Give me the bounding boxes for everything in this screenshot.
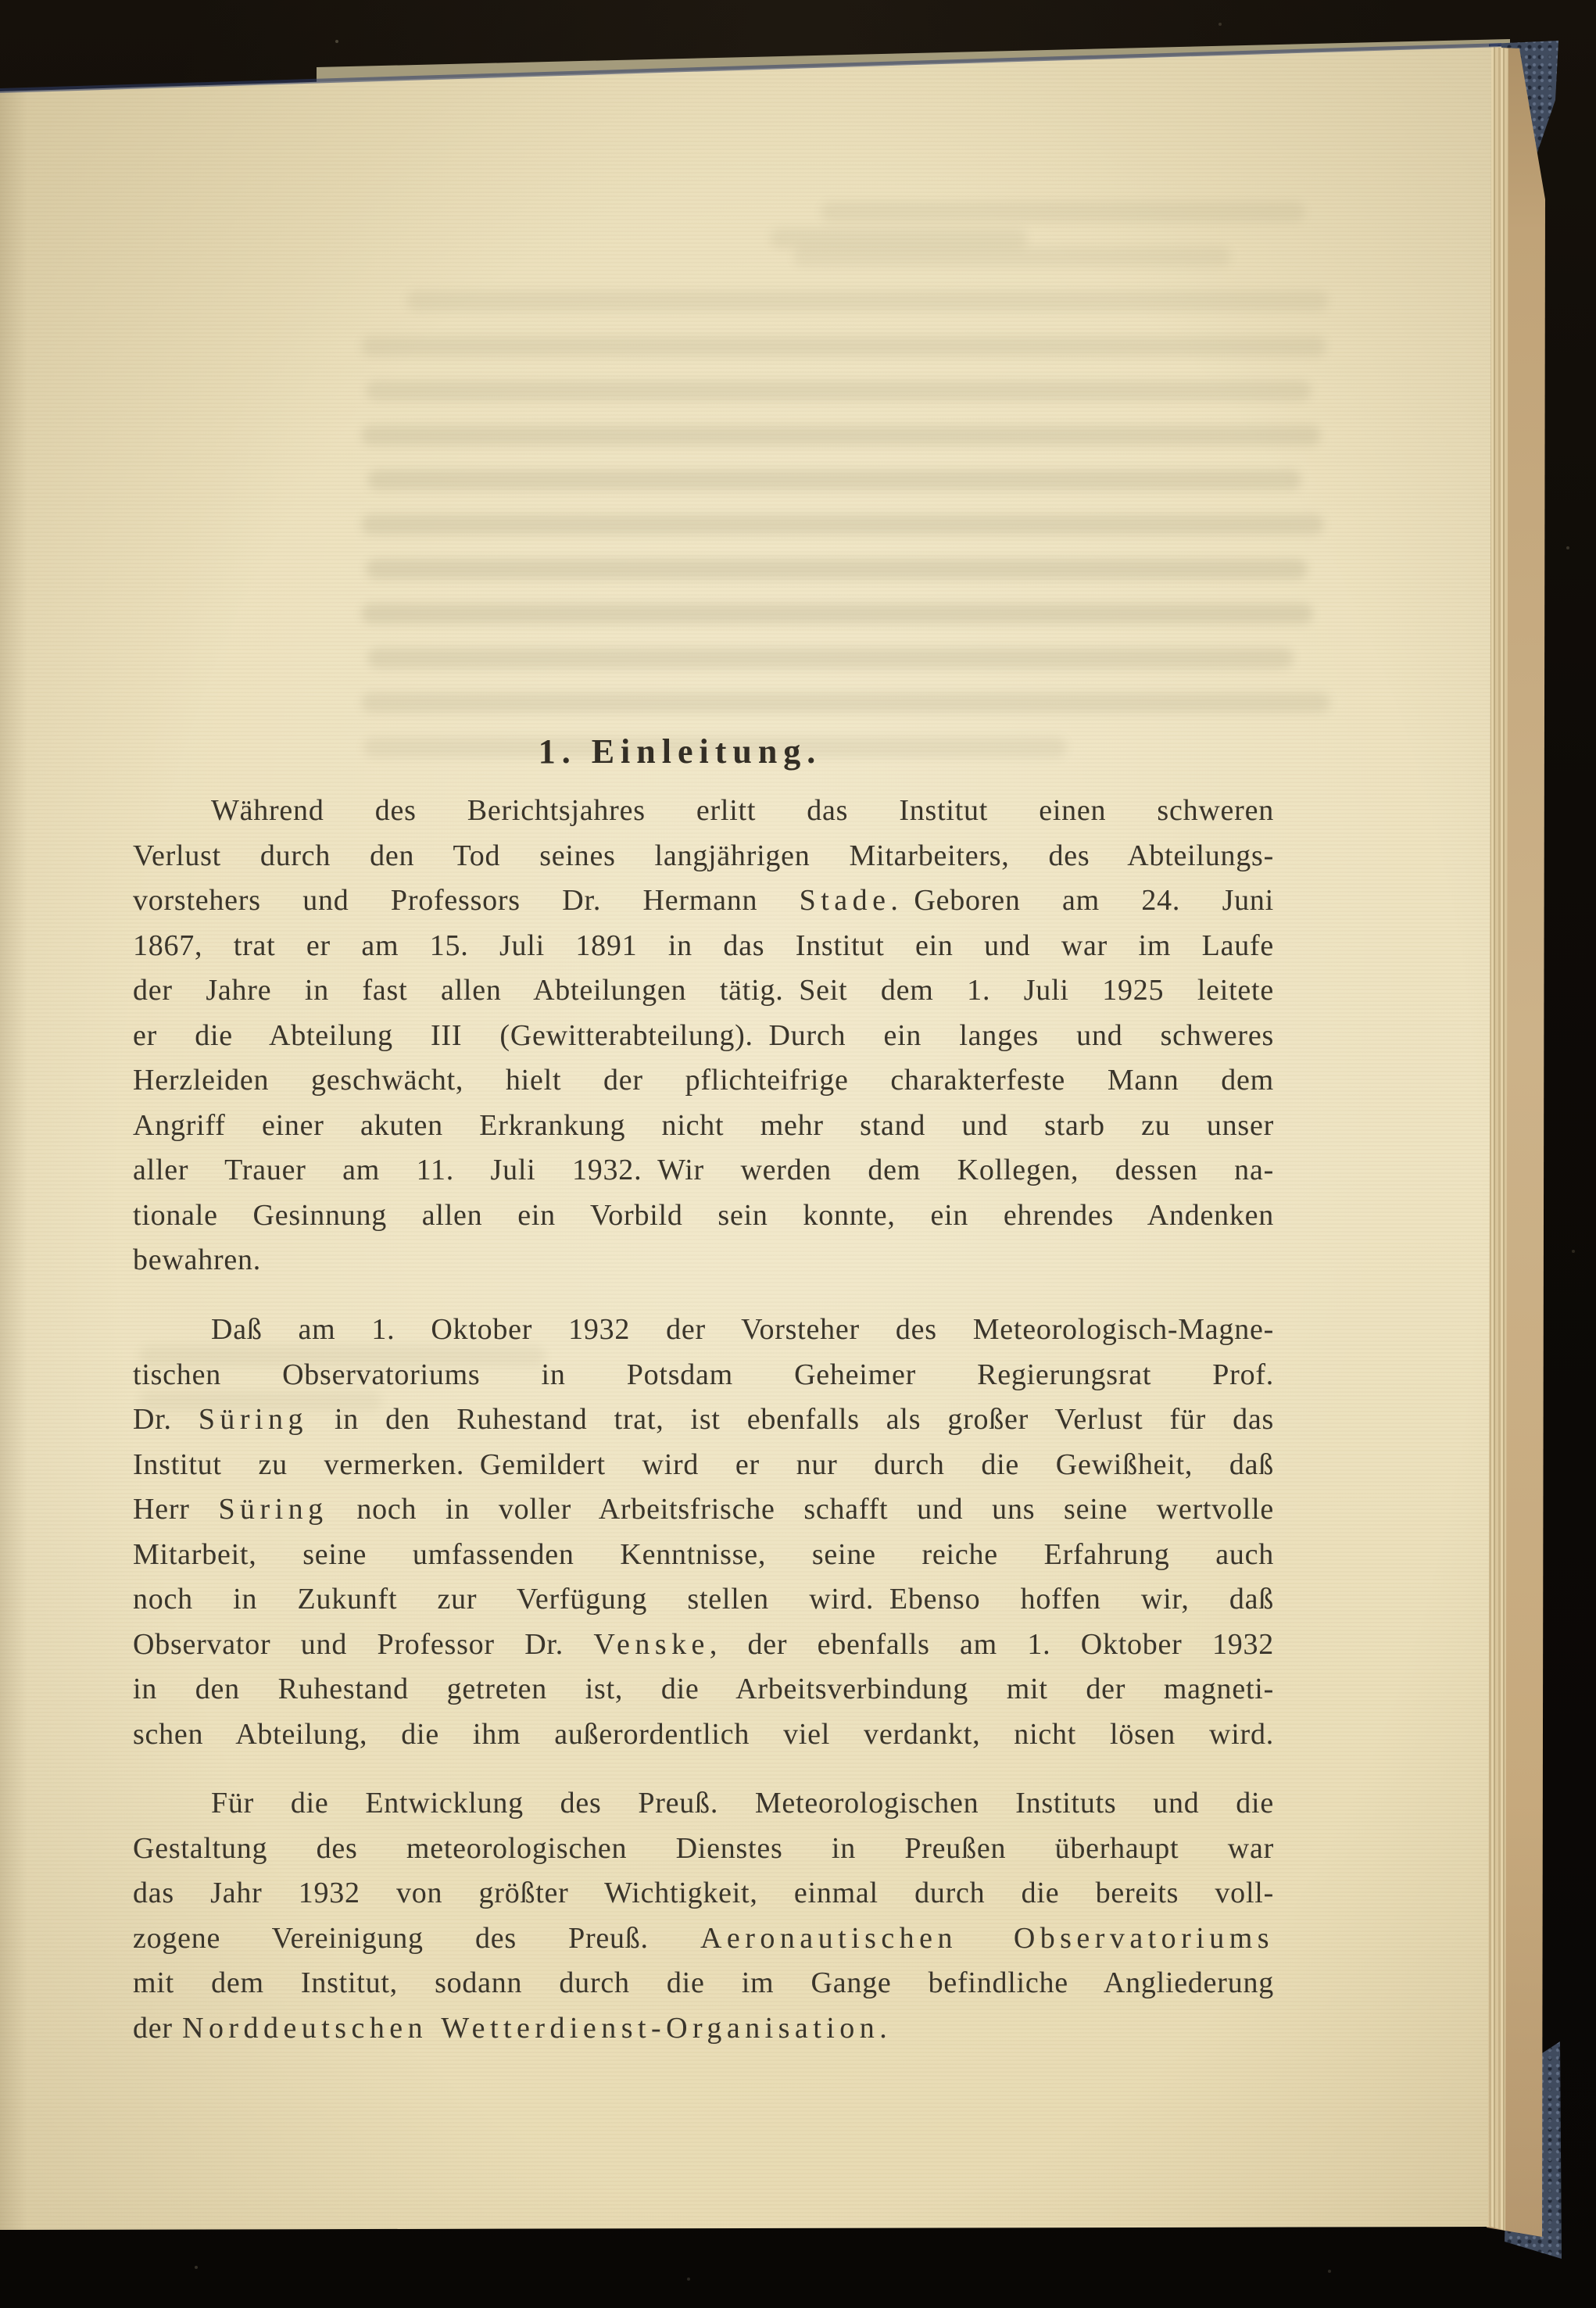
text-line: zogene Vereinigung des Preuß. Aeronautis… xyxy=(133,1916,1274,1962)
paragraph-1: Während des Berichtsjahres erlitt das In… xyxy=(133,789,1274,1283)
letterspaced-name: Norddeutschen Wetterdienst-Organisation xyxy=(182,2012,879,2045)
text-segment: Herr xyxy=(133,1493,218,1526)
letterspaced-name: Aeronautischen Observatoriums xyxy=(700,1922,1274,1955)
text-line: Daß am 1. Oktober 1932 der Vorsteher des… xyxy=(133,1308,1274,1353)
letterspaced-name: Venske xyxy=(593,1628,710,1661)
text-segment: aller Trauer am 11. Juli 1932. Wir werde… xyxy=(133,1154,1274,1186)
text-segment: 1867, trat er am 15. Juli 1891 in das In… xyxy=(133,929,1274,962)
text-segment: der Jahre in fast allen Abteilungen täti… xyxy=(133,974,1274,1007)
scanned-book-page: { "document": { "heading": "1. Einleitun… xyxy=(0,0,1596,2308)
text-segment: Mitarbeit, seine umfassenden Kenntnisse,… xyxy=(133,1538,1274,1571)
text-segment: mit dem Institut, sodann durch die im Ga… xyxy=(133,1966,1274,1999)
text-line: aller Trauer am 11. Juli 1932. Wir werde… xyxy=(133,1148,1274,1193)
text-line: in den Ruhestand getreten ist, die Arbei… xyxy=(133,1667,1274,1712)
text-line: noch in Zukunft zur Verfügung stellen wi… xyxy=(133,1577,1274,1623)
text-segment: , der ebenfalls am 1. Oktober 1932 xyxy=(710,1628,1274,1661)
text-segment: in den Ruhestand getreten ist, die Arbei… xyxy=(133,1673,1274,1705)
text-segment: zogene Vereinigung des Preuß. xyxy=(133,1922,700,1955)
text-line: er die Abteilung III (Gewitterabteilung)… xyxy=(133,1014,1274,1059)
text-line: Institut zu vermerken. Gemildert wird er… xyxy=(133,1443,1274,1488)
text-segment: . xyxy=(879,2012,887,2045)
text-line: Für die Entwicklung des Preuß. Meteorolo… xyxy=(133,1781,1274,1827)
text-line: Verlust durch den Tod seines langjährige… xyxy=(133,834,1274,879)
text-line: tionale Gesinnung allen ein Vorbild sein… xyxy=(133,1193,1274,1239)
text-segment: Angriff einer akuten Erkrankung nicht me… xyxy=(133,1109,1274,1142)
text-segment: Daß am 1. Oktober 1932 der Vorsteher des… xyxy=(211,1313,1274,1346)
text-segment: das Jahr 1932 von größter Wichtigkeit, e… xyxy=(133,1877,1274,1909)
text-line: Herzleiden geschwächt, hielt der pflicht… xyxy=(133,1058,1274,1104)
dust-specks xyxy=(0,0,2,2)
text-segment: schen Abteilung, die ihm außerordentlich… xyxy=(133,1718,1274,1751)
text-line: Gestaltung des meteorologischen Dienstes… xyxy=(133,1827,1274,1872)
text-segment: Verlust durch den Tod seines langjährige… xyxy=(133,839,1274,872)
text-segment: er die Abteilung III (Gewitterabteilung)… xyxy=(133,1019,1274,1052)
letterspaced-name: Stade xyxy=(800,884,891,917)
text-segment: Gestaltung des meteorologischen Dienstes… xyxy=(133,1832,1274,1865)
text-line: schen Abteilung, die ihm außerordentlich… xyxy=(133,1712,1274,1758)
text-segment: Observator und Professor Dr. xyxy=(133,1628,593,1661)
section-heading: 1. Einleitung. xyxy=(109,732,1251,771)
text-segment: bewahren. xyxy=(133,1243,261,1276)
text-line: mit dem Institut, sodann durch die im Ga… xyxy=(133,1961,1274,2006)
text-line: Während des Berichtsjahres erlitt das In… xyxy=(133,789,1274,834)
text-line: der Jahre in fast allen Abteilungen täti… xyxy=(133,968,1274,1014)
text-line: das Jahr 1932 von größter Wichtigkeit, e… xyxy=(133,1871,1274,1916)
text-line: 1867, trat er am 15. Juli 1891 in das In… xyxy=(133,924,1274,969)
paragraph-2: Daß am 1. Oktober 1932 der Vorsteher des… xyxy=(133,1308,1274,1757)
letterspaced-name: Süring xyxy=(218,1493,327,1526)
text-line: der Norddeutschen Wetterdienst-Organisat… xyxy=(133,2006,1274,2052)
text-segment: Dr. xyxy=(133,1403,199,1436)
letterspaced-name: Süring xyxy=(199,1403,308,1436)
text-segment: tionale Gesinnung allen ein Vorbild sein… xyxy=(133,1199,1274,1232)
text-segment: Herzleiden geschwächt, hielt der pflicht… xyxy=(133,1064,1274,1097)
text-line: Angriff einer akuten Erkrankung nicht me… xyxy=(133,1104,1274,1149)
text-line: Dr. Süring in den Ruhestand trat, ist eb… xyxy=(133,1397,1274,1443)
text-segment: der xyxy=(133,2012,182,2045)
paragraph-3: Für die Entwicklung des Preuß. Meteorolo… xyxy=(133,1781,1274,2051)
text-line: tischen Observatoriums in Potsdam Geheim… xyxy=(133,1353,1274,1398)
text-segment: noch in Zukunft zur Verfügung stellen wi… xyxy=(133,1583,1274,1616)
text-segment: Für die Entwicklung des Preuß. Meteorolo… xyxy=(211,1787,1274,1820)
text-segment: in den Ruhestand trat, ist ebenfalls als… xyxy=(308,1403,1274,1436)
text-segment: Während des Berichtsjahres erlitt das In… xyxy=(211,794,1274,827)
text-line: Observator und Professor Dr. Venske, der… xyxy=(133,1623,1274,1668)
text-line: Herr Süring noch in voller Arbeitsfrisch… xyxy=(133,1487,1274,1533)
text-segment: vorstehers und Professors Dr. Hermann xyxy=(133,884,800,917)
text-line: vorstehers und Professors Dr. Hermann St… xyxy=(133,878,1274,924)
text-segment: Institut zu vermerken. Gemildert wird er… xyxy=(133,1448,1274,1481)
text-line: Mitarbeit, seine umfassenden Kenntnisse,… xyxy=(133,1533,1274,1578)
text-line: bewahren. xyxy=(133,1238,1274,1283)
text-segment: noch in voller Arbeitsfrische schafft un… xyxy=(328,1493,1274,1526)
text-segment: . Geboren am 24. Juni xyxy=(890,884,1274,917)
text-segment: tischen Observatoriums in Potsdam Geheim… xyxy=(133,1358,1274,1391)
